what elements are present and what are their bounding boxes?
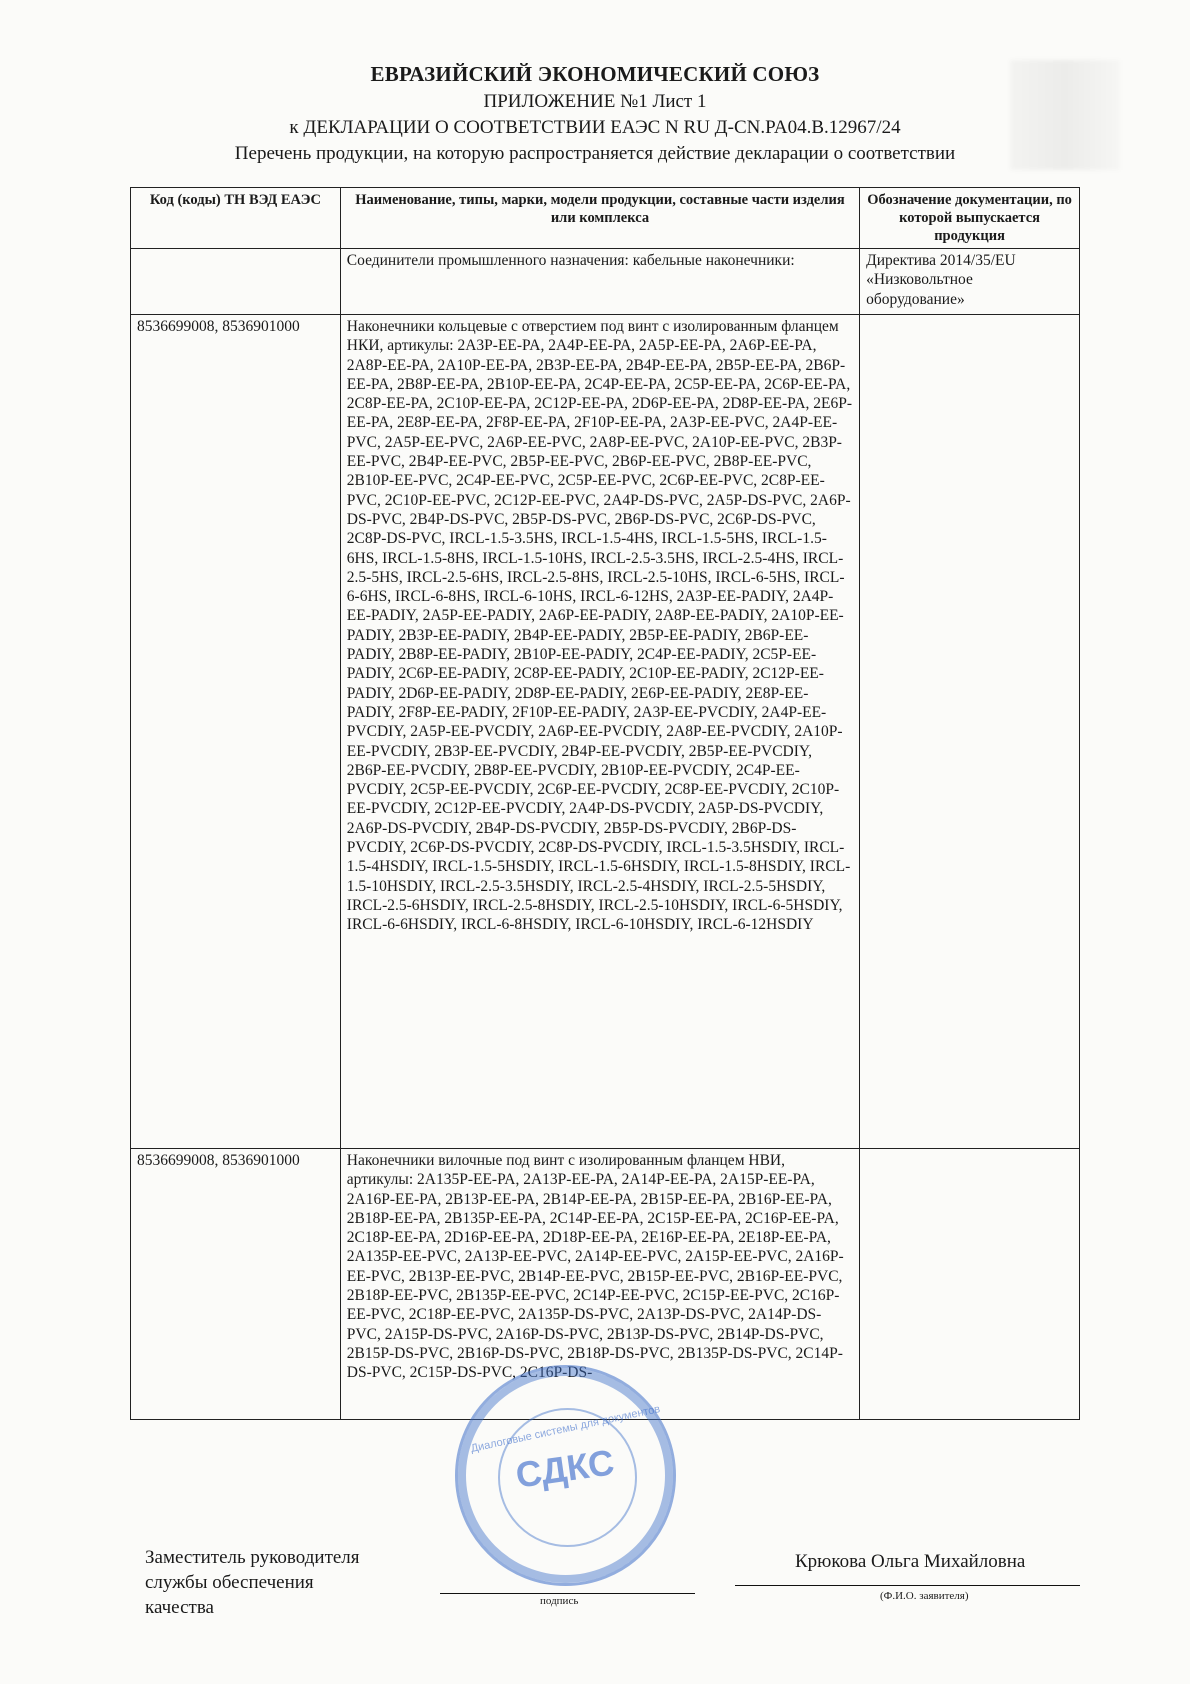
cell-code: 8536699008, 8536901000 xyxy=(131,1149,341,1420)
stamp-logo: СДКС xyxy=(498,1439,633,1499)
table-row: 8536699008, 8536901000 Наконечники кольц… xyxy=(131,315,1080,1149)
signer-position: Заместитель руководителя службы обеспече… xyxy=(145,1545,375,1620)
cell-documentation xyxy=(860,315,1080,1149)
column-header-documentation: Обозначение документации, по которой вып… xyxy=(860,188,1080,249)
signature-block: Заместитель руководителя службы обеспече… xyxy=(0,1545,1190,1675)
column-header-code: Код (коды) ТН ВЭД ЕАЭС xyxy=(131,188,341,249)
table-row: Соединители промышленного назначения: ка… xyxy=(131,249,1080,315)
cell-description: Соединители промышленного назначения: ка… xyxy=(340,249,859,315)
cell-description: Наконечники вилочные под винт с изолиров… xyxy=(340,1149,859,1420)
product-list-title: Перечень продукции, на которую распростр… xyxy=(0,143,1190,165)
signature-line xyxy=(440,1593,695,1594)
table-header-row: Код (коды) ТН ВЭД ЕАЭС Наименование, тип… xyxy=(131,188,1080,249)
union-title: ЕВРАЗИЙСКИЙ ЭКОНОМИЧЕСКИЙ СОЮЗ xyxy=(0,62,1190,87)
cell-documentation: Директива 2014/35/EU «Низковольтное обор… xyxy=(860,249,1080,315)
appendix-title: ПРИЛОЖЕНИЕ №1 Лист 1 xyxy=(0,91,1190,113)
stamp-inner-ring xyxy=(498,1408,637,1547)
product-articles: Наконечники вилочные под винт с изолиров… xyxy=(347,1151,853,1383)
document-header: ЕВРАЗИЙСКИЙ ЭКОНОМИЧЕСКИЙ СОЮЗ ПРИЛОЖЕНИ… xyxy=(0,62,1190,165)
name-line xyxy=(735,1585,1080,1586)
cell-description: Наконечники кольцевые с отверстием под в… xyxy=(340,315,859,1149)
signature-label: подпись xyxy=(540,1595,578,1607)
cell-code: 8536699008, 8536901000 xyxy=(131,315,341,1149)
table-row: 8536699008, 8536901000 Наконечники вилоч… xyxy=(131,1149,1080,1420)
declaration-number: к ДЕКЛАРАЦИИ О СООТВЕТСТВИИ ЕАЭС N RU Д-… xyxy=(0,117,1190,139)
column-header-description: Наименование, типы, марки, модели продук… xyxy=(340,188,859,249)
product-table: Код (коды) ТН ВЭД ЕАЭС Наименование, тип… xyxy=(130,187,1080,1420)
name-label: (Ф.И.О. заявителя) xyxy=(880,1590,969,1602)
signer-name: Крюкова Ольга Михайловна xyxy=(795,1551,1025,1573)
cell-code xyxy=(131,249,341,315)
product-articles: Наконечники кольцевые с отверстием под в… xyxy=(347,317,853,935)
cell-documentation xyxy=(860,1149,1080,1420)
